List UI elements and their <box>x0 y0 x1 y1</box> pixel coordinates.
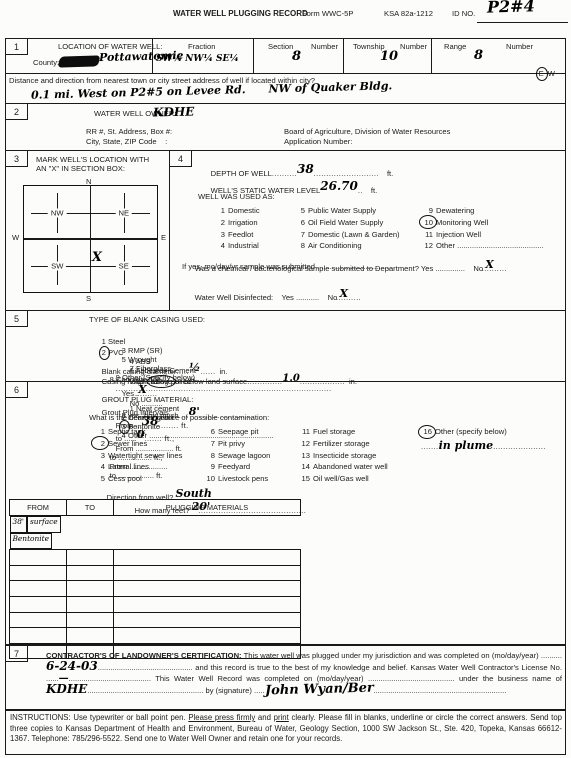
contamination-number: 16 <box>421 427 432 436</box>
cell-material <box>114 565 301 581</box>
instructions-underlined-press-firmly: Please press firmly <box>188 713 255 722</box>
section-1-number: 1 <box>6 39 28 55</box>
compass-south-label: S <box>86 294 91 303</box>
quadrant-nw-label: NW <box>48 208 67 217</box>
contamination-item: 1Septic tank <box>94 427 182 436</box>
contamination-item: 14Abandoned water well <box>299 462 388 471</box>
section-number-label-2: Number <box>311 42 338 51</box>
signature-handwritten: John Wyan/Ber <box>264 684 373 697</box>
table-row: 38' surface Bentonite <box>10 516 301 550</box>
contamination-number: 12 <box>299 439 310 448</box>
if-yes-sample-date-label: If yes, mo/day/yr sample was submitted .… <box>182 262 393 271</box>
use-item: 4Industrial <box>214 241 260 250</box>
contamination-label: Sewage lagoon <box>218 451 270 460</box>
use-number: 10 <box>422 218 433 227</box>
contamination-number: 8 <box>204 451 215 460</box>
cell-to <box>67 550 114 566</box>
contamination-item: 15Oil well/Gas well <box>299 474 388 483</box>
section-grid-diagram: NW NE SW SE X <box>23 185 158 293</box>
certification-text: ........................................… <box>87 686 264 695</box>
business-name-handwritten: KDHE <box>46 684 87 694</box>
use-label: Monitoring Well <box>436 218 488 227</box>
board-of-agriculture-label: Board of Agriculture, Division of Water … <box>284 127 450 136</box>
contamination-item: 3Watertight sewer lines <box>94 451 182 460</box>
fraction-label: Fraction <box>188 42 215 51</box>
range-label-2: Number <box>506 42 533 51</box>
cell-to: surface <box>27 516 61 533</box>
contamination-label: Watertight sewer lines <box>108 451 182 460</box>
contamination-question-label: What is the nearest source of possible c… <box>89 413 269 422</box>
cell-to <box>67 581 114 597</box>
section-2-owner: 2 WATER WELL OWNER: KDHE RR #, St. Addre… <box>5 103 566 151</box>
column-header-to: TO <box>67 500 114 516</box>
ksa-number: KSA 82a-1212 <box>384 9 433 18</box>
section-2-number: 2 <box>6 104 28 120</box>
use-item: 8Air Conditioning <box>294 241 400 250</box>
use-number: 6 <box>294 218 305 227</box>
certification-text: ........................................… <box>373 686 506 695</box>
section-7-certification: 7 CONTRACTOR'S OF LANDOWNER'S CERTIFICAT… <box>5 645 566 710</box>
contamination-item: 6Seepage pit <box>204 427 270 436</box>
use-item: 5Public Water Supply <box>294 206 400 215</box>
cell-to <box>67 628 114 644</box>
column-header-plugging-materials: PLUGGING MATERIALS <box>114 500 301 516</box>
use-item: 2Irrigation <box>214 218 260 227</box>
id-underline <box>477 22 568 23</box>
contamination-number: 13 <box>299 451 310 460</box>
contamination-column-2: 6Seepage pit 7Pit privy 8Sewage lagoon 9… <box>204 427 270 486</box>
section-4-well-details: 4 DEPTH OF WELL..........38.............… <box>169 150 566 311</box>
contamination-number: 7 <box>204 439 215 448</box>
use-item: 6Oil Field Water Supply <box>294 218 400 227</box>
use-item: 7Domestic (Lawn & Garden) <box>294 230 400 239</box>
uses-column-3: 9Dewatering 10Monitoring Well 11Injectio… <box>422 206 544 253</box>
disinfected-question: Water Well Disinfected: Yes ........... … <box>195 293 340 302</box>
contamination-item: 9Feedyard <box>204 462 270 471</box>
cell-from <box>10 612 67 628</box>
contamination-item: 12Fertilizer storage <box>299 439 388 448</box>
use-label: Domestic (Lawn & Garden) <box>308 230 400 239</box>
range-label-1: Range <box>444 42 466 51</box>
well-location-x-mark: X <box>92 250 102 265</box>
cell-material <box>114 550 301 566</box>
dotted-leader: .. <box>358 186 363 195</box>
use-number: 11 <box>422 230 433 239</box>
contamination-item: 11Fuel storage <box>299 427 388 436</box>
use-number: 1 <box>214 206 225 215</box>
cell-material <box>114 628 301 644</box>
use-number: 12 <box>422 241 433 250</box>
use-label: Air Conditioning <box>308 241 362 250</box>
section-4-number: 4 <box>170 151 192 167</box>
use-item-monitoring-well: 10Monitoring Well <box>422 218 544 227</box>
section-number-label-1: Section <box>268 42 293 51</box>
use-number: 9 <box>422 206 433 215</box>
contamination-label: Feedyard <box>218 462 250 471</box>
use-label: Public Water Supply <box>308 206 376 215</box>
certification-text: This water well was plugged under my jur… <box>242 651 562 660</box>
cell-material <box>114 581 301 597</box>
use-item: 11Injection Well <box>422 230 544 239</box>
instructions-underlined-print: print <box>274 713 289 722</box>
section-5-number: 5 <box>6 311 28 327</box>
table-row <box>10 565 301 581</box>
compass-west-label: W <box>12 233 19 242</box>
contamination-number: 4 <box>94 462 105 471</box>
range-east-circled: E <box>539 69 544 78</box>
cell-from <box>10 581 67 597</box>
contamination-number: 1 <box>94 427 105 436</box>
contamination-item: 4Lateral lines <box>94 462 182 471</box>
well-used-as-label: WELL WAS USED AS: <box>198 192 275 201</box>
cell-to <box>67 565 114 581</box>
contamination-label: Other (specify below) <box>435 427 507 436</box>
cell-from <box>10 596 67 612</box>
use-number: 7 <box>294 230 305 239</box>
contamination-label: Fertilizer storage <box>313 439 370 448</box>
dotted-leader: ..................... <box>493 442 546 451</box>
table-row <box>10 612 301 628</box>
contamination-number: 11 <box>299 427 310 436</box>
contamination-item: 7Pit privy <box>204 439 270 448</box>
cell-material <box>114 596 301 612</box>
county-scratch-out <box>58 55 101 67</box>
cell-from: 38' <box>10 516 27 533</box>
section-7-number: 7 <box>6 646 28 662</box>
cell-to <box>67 596 114 612</box>
use-item: 12Other ................................… <box>422 241 544 250</box>
contamination-item: 13Insecticide storage <box>299 451 388 460</box>
table-row <box>10 628 301 644</box>
use-label: Injection Well <box>436 230 481 239</box>
contamination-other-value-handwritten: in plume <box>439 439 494 452</box>
divider <box>253 39 254 73</box>
use-label: Oil Field Water Supply <box>308 218 383 227</box>
contamination-number: 14 <box>299 462 310 471</box>
contamination-label: Pit privy <box>218 439 245 448</box>
id-label: ID NO. <box>452 9 475 18</box>
static-level-unit: ft. <box>371 186 377 195</box>
address-label: RR #, St. Address, Box #: <box>86 127 172 136</box>
cell-from <box>10 565 67 581</box>
contamination-label: Oil well/Gas well <box>313 474 369 483</box>
instructions-paragraph: INSTRUCTIONS: Use typewriter or ball poi… <box>10 713 562 745</box>
uses-column-1: 1Domestic 2Irrigation 3Feedlot 4Industri… <box>214 206 260 253</box>
instructions-text: and <box>255 713 273 722</box>
section-3-title-line2: AN "X" IN SECTION BOX: <box>36 164 125 173</box>
cell-to <box>67 612 114 628</box>
section-1-location: 1 LOCATION OF WATER WELL: Fraction Secti… <box>5 38 566 104</box>
use-item: 9Dewatering <box>422 206 544 215</box>
disinfected-no-x-handwritten: X <box>339 287 348 300</box>
instructions-label: INSTRUCTIONS: <box>10 713 71 722</box>
use-label: Industrial <box>228 241 259 250</box>
use-item: 3Feedlot <box>214 230 260 239</box>
divider <box>431 39 432 73</box>
use-number: 5 <box>294 206 305 215</box>
cell-material: Bentonite <box>10 533 52 550</box>
contamination-label: Lateral lines <box>108 462 149 471</box>
contamination-number: 9 <box>204 462 215 471</box>
section-6-grout-plug: 6 GROUT PLUG MATERIAL: 1 Neat cement 2 C… <box>5 381 566 645</box>
quadrant-sw-label: SW <box>48 261 66 270</box>
table-header-row: FROM TO PLUGGING MATERIALS <box>10 500 301 516</box>
quadrant-ne-label: NE <box>115 208 132 217</box>
completed-date-handwritten: 6-24-03 <box>46 661 98 671</box>
instructions-box: INSTRUCTIONS: Use typewriter or ball poi… <box>5 710 566 755</box>
contamination-item-other: 16Other (specify below) <box>421 427 546 436</box>
form-title: WATER WELL PLUGGING RECORD <box>173 9 308 18</box>
id-value-handwritten: P2#4 <box>487 0 535 17</box>
compass-east-label: E <box>161 233 166 242</box>
table-row <box>10 550 301 566</box>
use-label: Irrigation <box>228 218 258 227</box>
water-well-plugging-record-form: WATER WELL PLUGGING RECORD Form WWC-5P K… <box>0 0 571 758</box>
use-number: 2 <box>214 218 225 227</box>
township-value-handwritten: 10 <box>380 49 398 64</box>
use-label: Feedlot <box>228 230 253 239</box>
cell-from <box>10 628 67 644</box>
use-label: Other ..................................… <box>436 241 544 250</box>
use-number: 4 <box>214 241 225 250</box>
divider <box>343 39 344 73</box>
fraction-value-handwritten: SW¼ NW¼ SE¼ <box>156 54 239 64</box>
application-number-label: Application Number: <box>284 137 352 146</box>
grid-line <box>24 238 157 239</box>
static-level-value-handwritten: 26.70 <box>320 179 358 193</box>
cell-from <box>10 550 67 566</box>
contamination-item: 8Sewage lagoon <box>204 451 270 460</box>
table-row <box>10 596 301 612</box>
dotted-leader: ....... <box>421 442 439 451</box>
certification-paragraph: CONTRACTOR'S OF LANDOWNER'S CERTIFICATIO… <box>46 651 562 697</box>
section-5-title: TYPE OF BLANK CASING USED: <box>89 315 205 324</box>
use-item: 1Domestic <box>214 206 260 215</box>
plugging-materials-table: FROM TO PLUGGING MATERIALS 38' surface B… <box>9 499 301 659</box>
contamination-label: Septic tank <box>108 427 146 436</box>
column-header-from: FROM <box>10 500 67 516</box>
uses-column-2: 5Public Water Supply 6Oil Field Water Su… <box>294 206 400 253</box>
depth-unit: ft. <box>387 169 393 178</box>
owner-value-handwritten: KDHE <box>153 104 195 119</box>
contamination-label: Sewer lines <box>108 439 147 448</box>
section-value-handwritten: 8 <box>292 49 301 64</box>
contamination-number: 3 <box>94 451 105 460</box>
use-number: 8 <box>294 241 305 250</box>
section-3-title-line1: MARK WELL'S LOCATION WITH <box>36 155 149 164</box>
section-3-location-box: 3 MARK WELL'S LOCATION WITH AN "X" IN SE… <box>5 150 170 311</box>
table-row <box>10 581 301 597</box>
form-number: Form WWC-5P <box>302 9 353 18</box>
instructions-text: Use typewriter or ball point pen. <box>71 713 189 722</box>
section-3-number: 3 <box>6 151 28 167</box>
chemical-sample-no-x-handwritten: X <box>485 258 494 271</box>
range-value-handwritten: 8 <box>474 48 483 63</box>
cell-material <box>114 612 301 628</box>
contamination-number: 6 <box>204 427 215 436</box>
contamination-column-3: 11Fuel storage 12Fertilizer storage 13In… <box>299 427 388 486</box>
section-5-casing: 5 TYPE OF BLANK CASING USED: 1 Steel 3 R… <box>5 310 566 382</box>
use-label: Dewatering <box>436 206 474 215</box>
contamination-column-1: 1Septic tank 2Sewer lines 3Watertight se… <box>94 427 182 486</box>
quadrant-se-label: SE <box>116 261 132 270</box>
county-label: County: <box>33 58 59 67</box>
contamination-label: Abandoned water well <box>313 462 388 471</box>
divider <box>6 73 565 74</box>
contamination-label: Fuel storage <box>313 427 355 436</box>
city-state-zip-label: City, State, ZIP Code : <box>86 137 167 146</box>
township-label-2: Number <box>400 42 427 51</box>
contamination-column-4: 16Other (specify below) .......in plume.… <box>421 427 546 452</box>
contamination-label: Insecticide storage <box>313 451 376 460</box>
contamination-label: Seepage pit <box>218 427 259 436</box>
contamination-item-sewer-lines: 2Sewer lines <box>94 439 182 448</box>
use-number: 3 <box>214 230 225 239</box>
use-label: Domestic <box>228 206 260 215</box>
contamination-number: 2 <box>94 439 105 448</box>
section-6-number: 6 <box>6 382 28 398</box>
range-west: W <box>548 69 555 78</box>
